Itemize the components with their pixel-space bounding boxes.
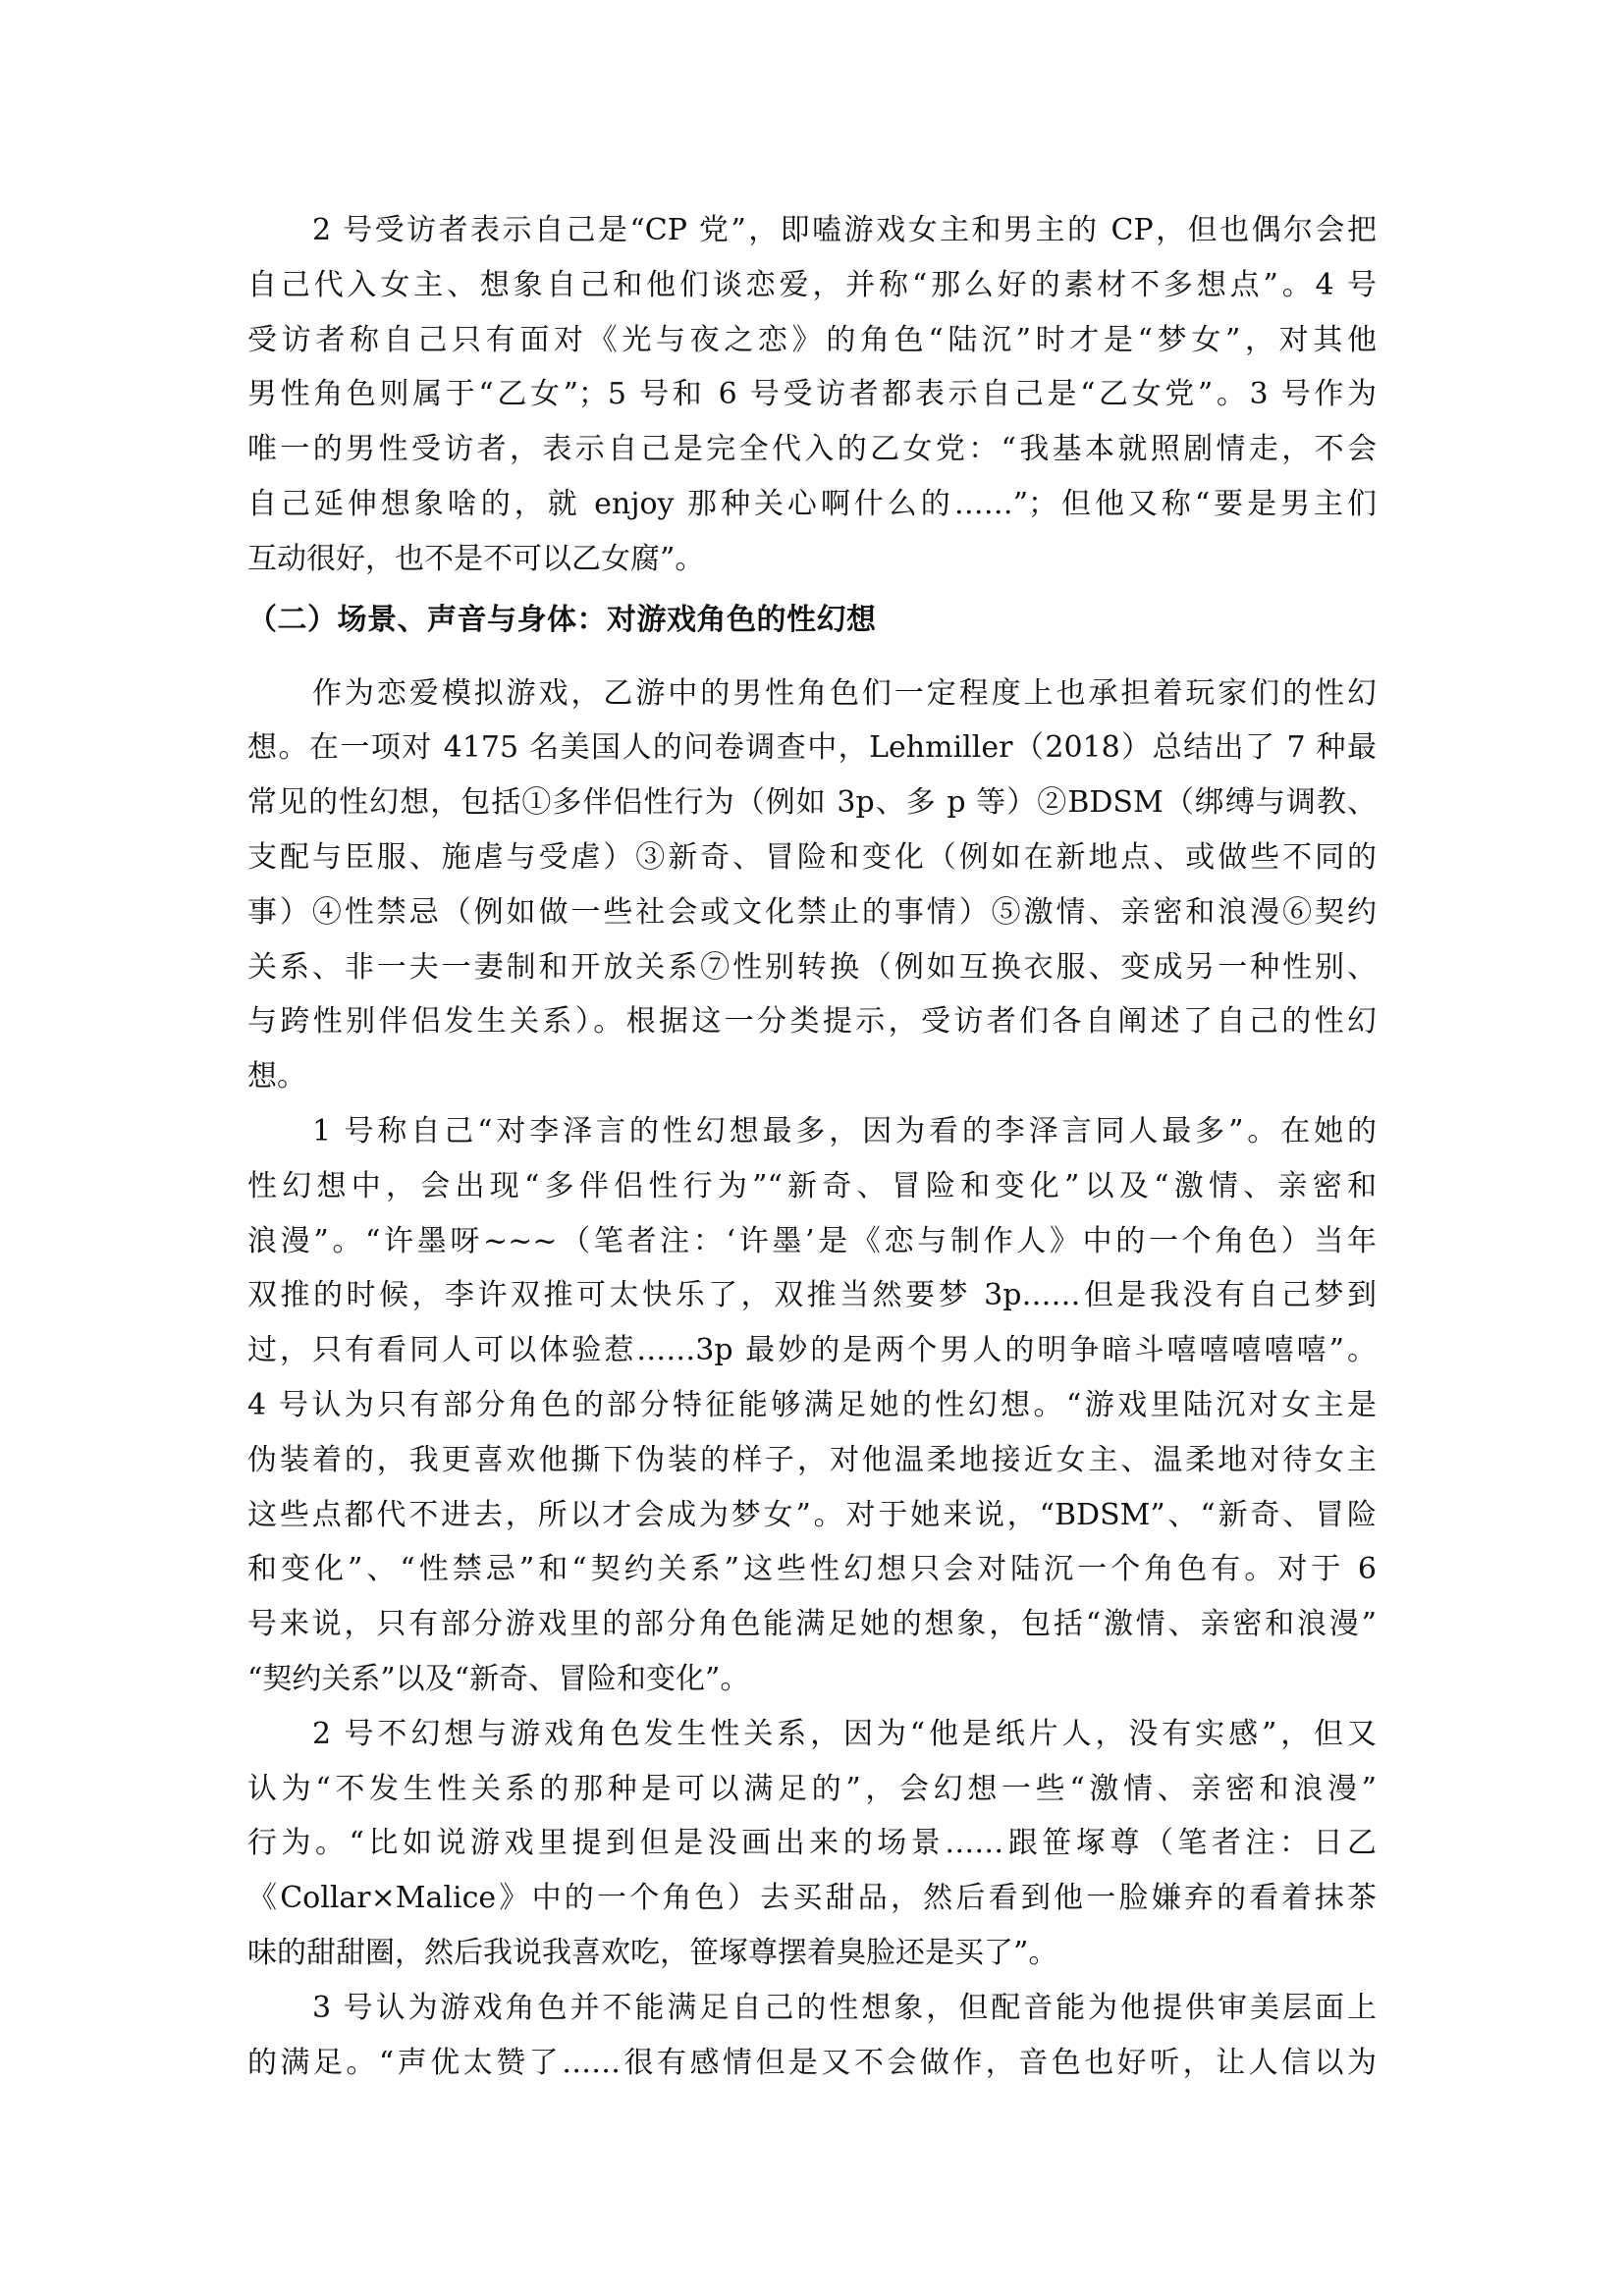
text-line: 味的甜甜圈，然后我说我喜欢吃，笹塚尊摆着臭脸还是买了”。 [247, 1926, 1377, 1981]
text-line: 3 号认为游戏角色并不能满足自己的性想象，但配音能为他提供审美层面上 [247, 1981, 1377, 2036]
text-line: 与跨性别伴侣发生关系）。根据这一分类提示，受访者们各自阐述了自己的性幻 [247, 994, 1377, 1049]
text-line: 伪装着的，我更喜欢他撕下伪装的样子，对他温柔地接近女主、温柔地对待女主 [247, 1433, 1377, 1488]
text-line: 唯一的男性受访者，表示自己是完全代入的乙女党：“我基本就照剧情走，不会 [247, 422, 1377, 477]
text-line: 这些点都代不进去，所以才会成为梦女”。对于她来说，“BDSM”、“新奇、冒险 [247, 1488, 1377, 1543]
text-line: 男性角色则属于“乙女”；5 号和 6 号受访者都表示自己是“乙女党”。3 号作为 [247, 367, 1377, 422]
text-line: “契约关系”以及“新奇、冒险和变化”。 [247, 1652, 1377, 1707]
text-line: 的满足。“声优太赞了……很有感情但是又不会做作，音色也好听，让人信以为 [247, 2036, 1377, 2091]
text-line: 1 号称自己“对李泽言的性幻想最多，因为看的李泽言同人最多”。在她的 [247, 1104, 1377, 1159]
text-line: 号来说，只有部分游戏里的部分角色能满足她的想象，包括“激情、亲密和浪漫” [247, 1597, 1377, 1652]
text-line: 关系、非一夫一妻制和开放关系⑦性别转换（例如互换衣服、变成另一种性别、 [247, 940, 1377, 995]
paragraph-5: 3 号认为游戏角色并不能满足自己的性想象，但配音能为他提供审美层面上 的满足。“… [247, 1981, 1377, 2091]
text-line: 想。 [247, 1049, 1377, 1104]
text-line: 受访者称自己只有面对《光与夜之恋》的角色“陆沉”时才是“梦女”，对其他 [247, 313, 1377, 368]
text-line: 想。在一项对 4175 名美国人的问卷调查中，Lehmiller（2018）总结… [247, 721, 1377, 775]
text-line: 常见的性幻想，包括①多伴侣性行为（例如 3p、多 p 等）②BDSM（绑缚与调教… [247, 775, 1377, 830]
text-line: 性幻想中，会出现“多伴侣性行为”“新奇、冒险和变化”以及“激情、亲密和 [247, 1159, 1377, 1214]
text-line: 《Collar×Malice》中的一个角色）去买甜品，然后看到他一脸嫌弃的看着抹… [247, 1871, 1377, 1926]
text-line: 互动很好，也不是不可以乙女腐”。 [247, 532, 1377, 587]
text-line: 认为“不发生性关系的那种是可以满足的”，会幻想一些“激情、亲密和浪漫” [247, 1762, 1377, 1817]
document-page: 2 号受访者表示自己是“CP 党”，即嗑游戏女主和男主的 CP，但也偶尔会把 自… [247, 203, 1377, 2090]
paragraph-1: 2 号受访者表示自己是“CP 党”，即嗑游戏女主和男主的 CP，但也偶尔会把 自… [247, 203, 1377, 587]
text-line: 支配与臣服、施虐与受虐）③新奇、冒险和变化（例如在新地点、或做些不同的 [247, 830, 1377, 885]
text-line: 浪漫”。“许墨呀~~~（笔者注：‘许墨’是《恋与制作人》中的一个角色）当年 [247, 1214, 1377, 1269]
text-line: 事）④性禁忌（例如做一些社会或文化禁止的事情）⑤激情、亲密和浪漫⑥契约 [247, 885, 1377, 940]
text-line: 行为。“比如说游戏里提到但是没画出来的场景……跟笹塚尊（笔者注：日乙 [247, 1816, 1377, 1871]
section-heading: （二）场景、声音与身体：对游戏角色的性幻想 [247, 601, 1377, 640]
paragraph-4: 2 号不幻想与游戏角色发生性关系，因为“他是纸片人，没有实感”，但又 认为“不发… [247, 1707, 1377, 1981]
text-line: 2 号不幻想与游戏角色发生性关系，因为“他是纸片人，没有实感”，但又 [247, 1707, 1377, 1762]
paragraph-3: 1 号称自己“对李泽言的性幻想最多，因为看的李泽言同人最多”。在她的 性幻想中，… [247, 1104, 1377, 1707]
text-line: 自己延伸想象啥的，就 enjoy 那种关心啊什么的……”；但他又称“要是男主们 [247, 477, 1377, 532]
text-line: 和变化”、“性禁忌”和“契约关系”这些性幻想只会对陆沉一个角色有。对于 6 [247, 1542, 1377, 1597]
text-line: 自己代入女主、想象自己和他们谈恋爱，并称“那么好的素材不多想点”。4 号 [247, 258, 1377, 313]
paragraph-2: 作为恋爱模拟游戏，乙游中的男性角色们一定程度上也承担着玩家们的性幻 想。在一项对… [247, 667, 1377, 1104]
text-line: 作为恋爱模拟游戏，乙游中的男性角色们一定程度上也承担着玩家们的性幻 [247, 667, 1377, 721]
text-line: 4 号认为只有部分角色的部分特征能够满足她的性幻想。“游戏里陆沉对女主是 [247, 1378, 1377, 1433]
text-line: 2 号受访者表示自己是“CP 党”，即嗑游戏女主和男主的 CP，但也偶尔会把 [247, 203, 1377, 258]
text-line: 过，只有看同人可以体验惹……3p 最妙的是两个男人的明争暗斗嘻嘻嘻嘻嘻”。 [247, 1323, 1377, 1378]
text-line: 双推的时候，李许双推可太快乐了，双推当然要梦 3p……但是我没有自己梦到 [247, 1268, 1377, 1323]
